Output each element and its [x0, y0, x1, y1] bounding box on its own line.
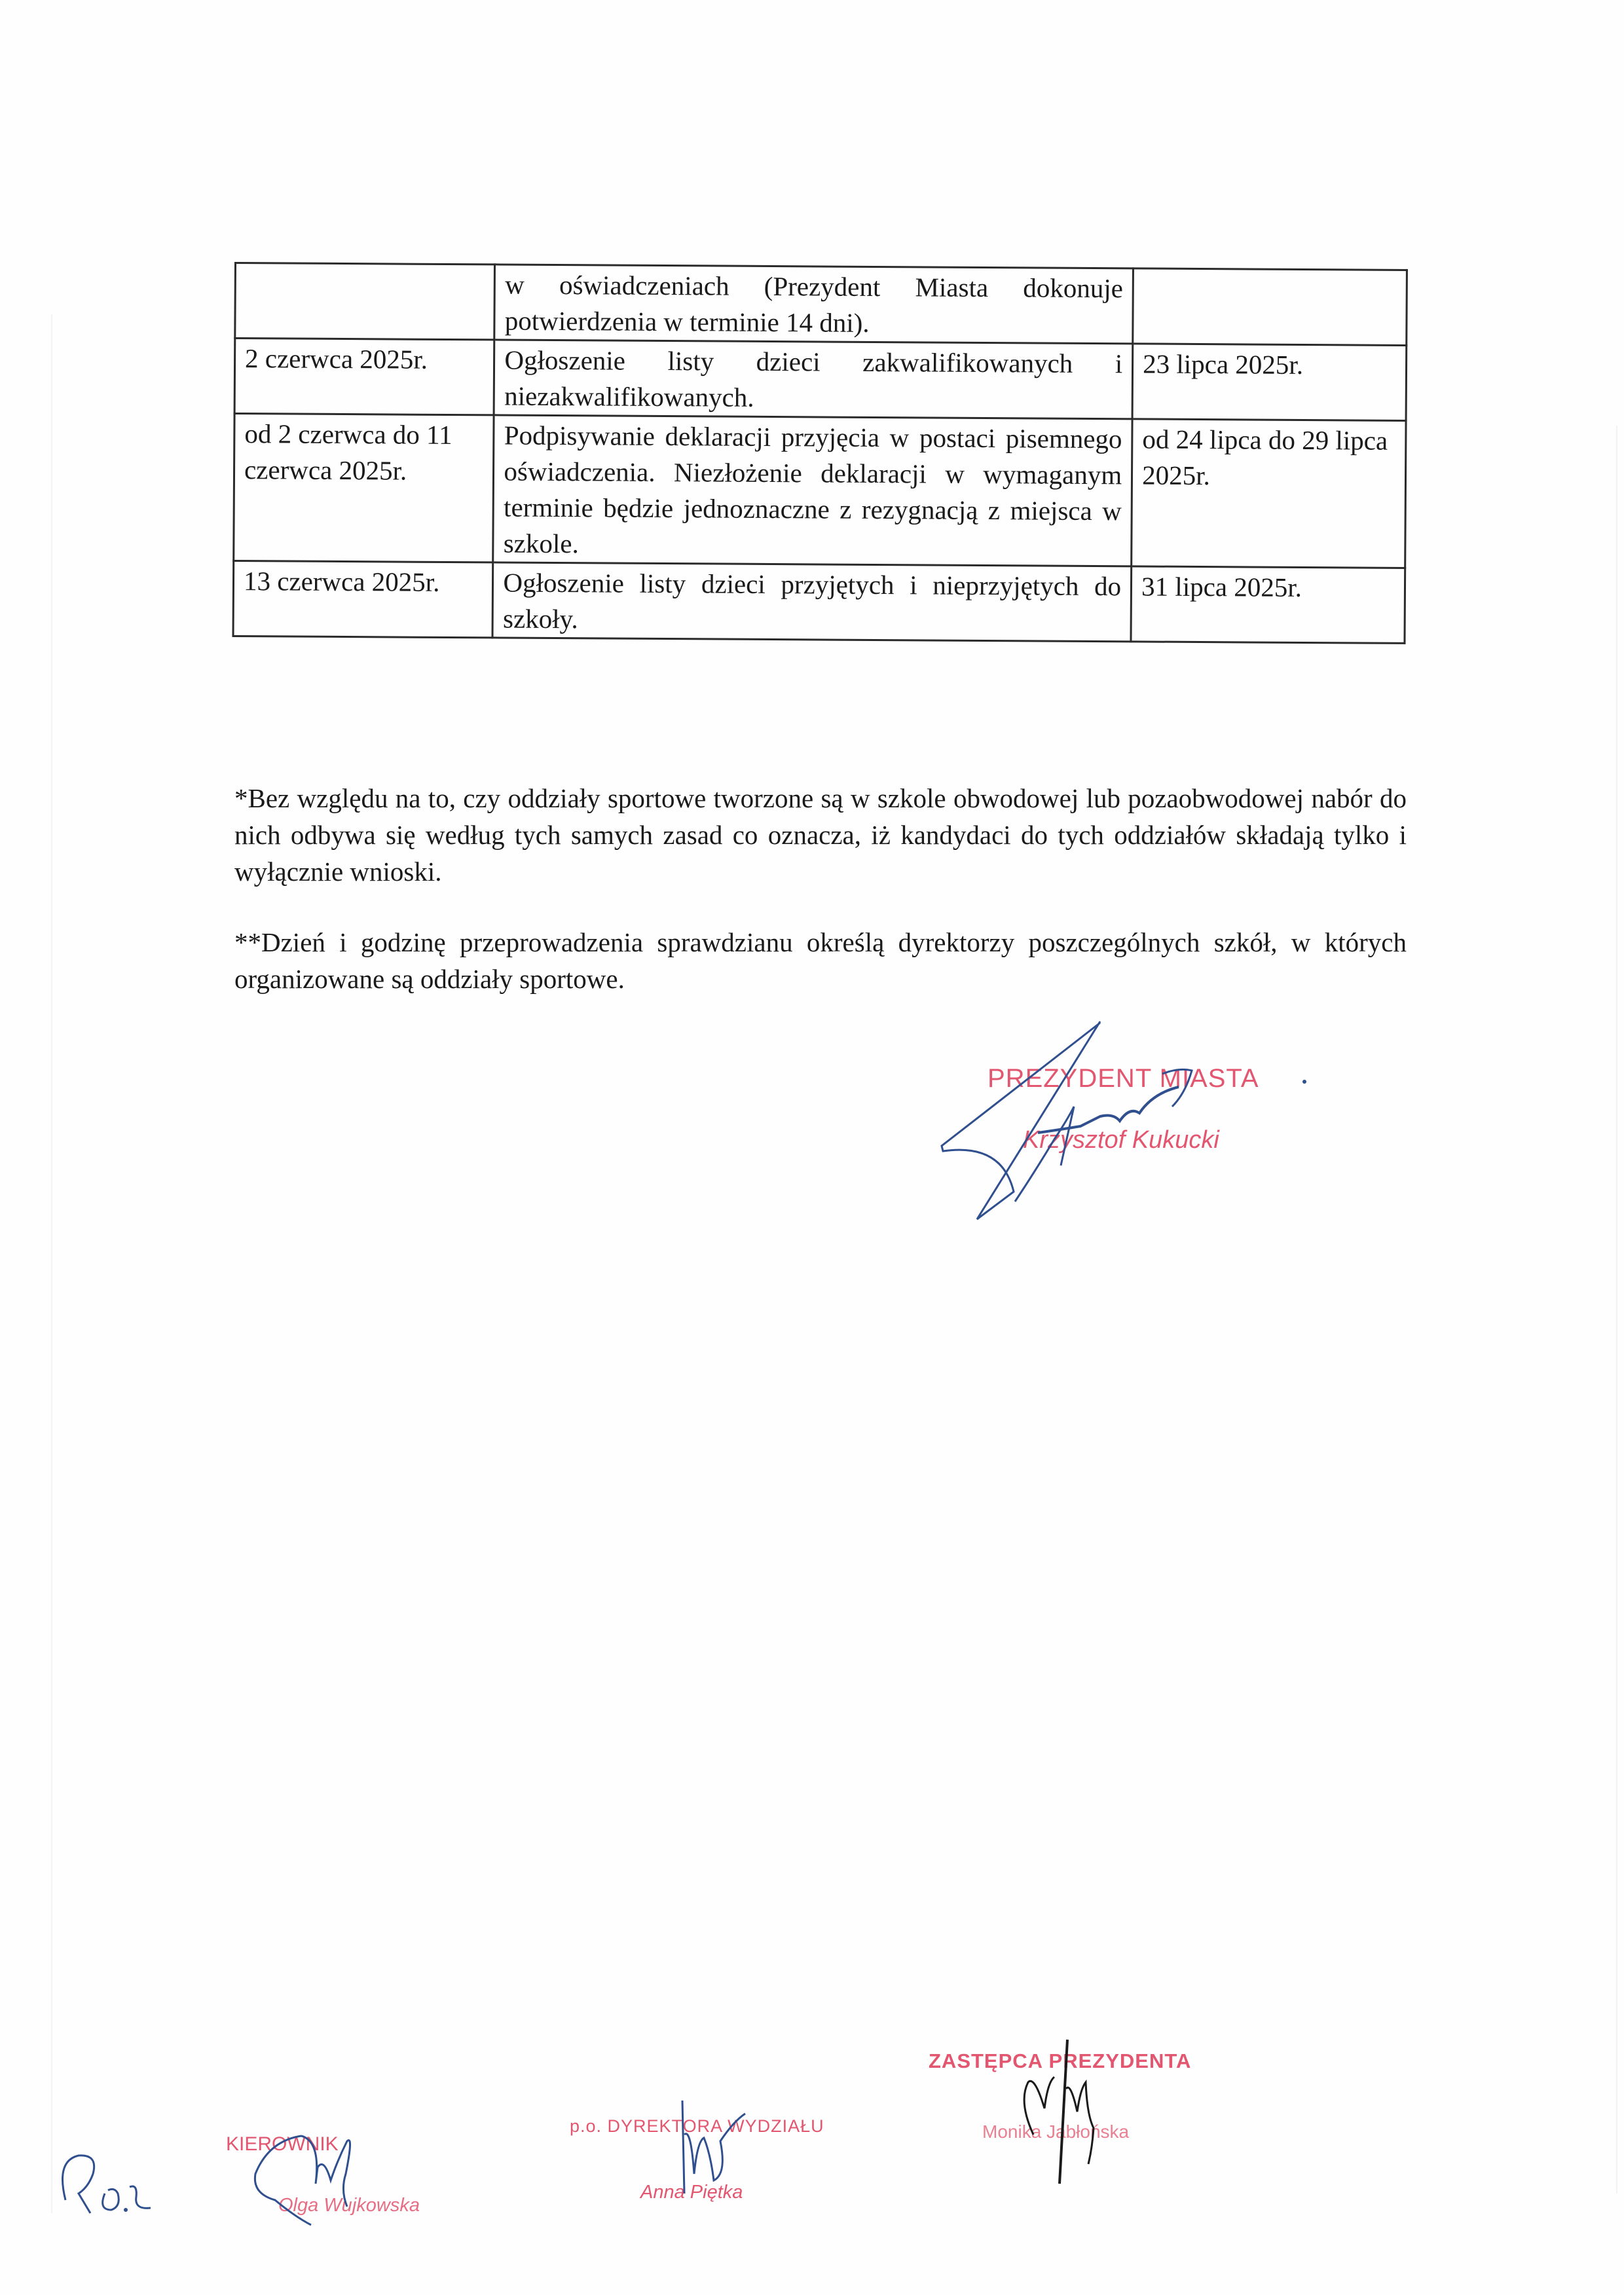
initials-signature-icon — [52, 2148, 170, 2226]
activity-cell: Podpisywanie deklaracji przyjęcia w post… — [493, 415, 1132, 566]
date-main-cell: 13 czerwca 2025r. — [233, 561, 493, 638]
date-main-cell: 2 czerwca 2025r. — [234, 339, 494, 415]
handwritten-signature-icon — [1008, 2036, 1107, 2187]
handwritten-signature-icon — [904, 1008, 1310, 1224]
footnote-sports-classes: *Bez względu na to, czy oddziały sportow… — [234, 780, 1407, 890]
recruitment-schedule-table: w oświadczeniach (Prezydent Miasta dokon… — [232, 262, 1407, 644]
date-supplementary-cell — [1133, 268, 1407, 346]
scan-edge — [51, 314, 52, 2213]
date-supplementary-cell: 23 lipca 2025r. — [1132, 344, 1407, 421]
date-main-cell — [235, 263, 495, 340]
scan-edge — [1616, 426, 1617, 2194]
table-row: 2 czerwca 2025r. Ogłoszenie listy dzieci… — [234, 339, 1407, 421]
activity-cell: w oświadczeniach (Prezydent Miasta dokon… — [494, 265, 1133, 344]
activity-cell: Ogłoszenie listy dzieci przyjętych i nie… — [492, 562, 1131, 642]
activity-cell: Ogłoszenie listy dzieci zakwalifikowanyc… — [494, 340, 1133, 419]
date-supplementary-cell: od 24 lipca do 29 lipca 2025r. — [1132, 419, 1406, 568]
handwritten-signature-icon — [249, 2128, 393, 2233]
footnote-test-date: **Dzień i godzinę przeprowadzenia sprawd… — [234, 924, 1407, 997]
table-row: od 2 czerwca do 11 czerwca 2025r. Podpis… — [234, 414, 1406, 568]
table-row: w oświadczeniach (Prezydent Miasta dokon… — [235, 263, 1407, 346]
date-supplementary-cell: 31 lipca 2025r. — [1131, 566, 1405, 644]
table-row: 13 czerwca 2025r. Ogłoszenie listy dziec… — [233, 561, 1405, 644]
scanned-document-page: w oświadczeniach (Prezydent Miasta dokon… — [0, 0, 1624, 2295]
handwritten-signature-icon — [668, 2095, 766, 2200]
date-main-cell: od 2 czerwca do 11 czerwca 2025r. — [234, 414, 494, 562]
